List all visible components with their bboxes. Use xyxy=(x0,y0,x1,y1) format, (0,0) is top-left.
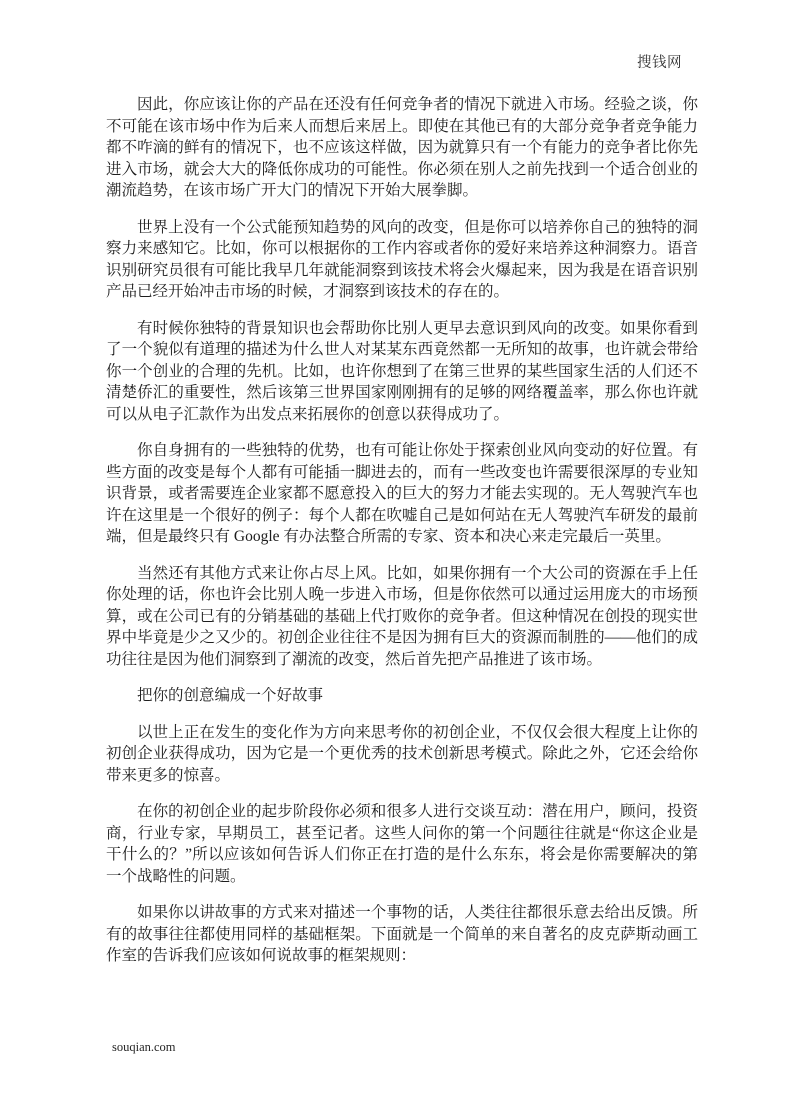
paragraph: 以世上正在发生的变化作为方向来思考你的初创企业，不仅仅会很大程度上让你的初创企业… xyxy=(106,722,698,787)
document-body: 因此，你应该让你的产品在还没有任何竞争者的情况下就进入市场。经验之谈，你不可能在… xyxy=(106,94,698,982)
document-page: 搜钱网 因此，你应该让你的产品在还没有任何竞争者的情况下就进入市场。经验之谈，你… xyxy=(0,0,792,1120)
paragraph: 有时候你独特的背景知识也会帮助你比别人更早去意识到风向的改变。如果你看到了一个貌… xyxy=(106,318,698,426)
footer-site-url: souqian.com xyxy=(112,1040,176,1055)
section-heading: 把你的创意编成一个好故事 xyxy=(106,685,698,707)
paragraph: 在你的初创企业的起步阶段你必须和很多人进行交谈互动：潜在用户，顾问，投资商，行业… xyxy=(106,801,698,887)
site-header-brand: 搜钱网 xyxy=(637,51,682,72)
paragraph: 如果你以讲故事的方式来对描述一个事物的话，人类往往都很乐意去给出反馈。所有的故事… xyxy=(106,902,698,967)
paragraph: 当然还有其他方式来让你占尽上风。比如，如果你拥有一个大公司的资源在手上任你处理的… xyxy=(106,563,698,671)
paragraph: 你自身拥有的一些独特的优势，也有可能让你处于探索创业风向变动的好位置。有些方面的… xyxy=(106,440,698,548)
paragraph: 世界上没有一个公式能预知趋势的风向的改变，但是你可以培养你自己的独特的洞察力来感… xyxy=(106,217,698,303)
paragraph: 因此，你应该让你的产品在还没有任何竞争者的情况下就进入市场。经验之谈，你不可能在… xyxy=(106,94,698,202)
